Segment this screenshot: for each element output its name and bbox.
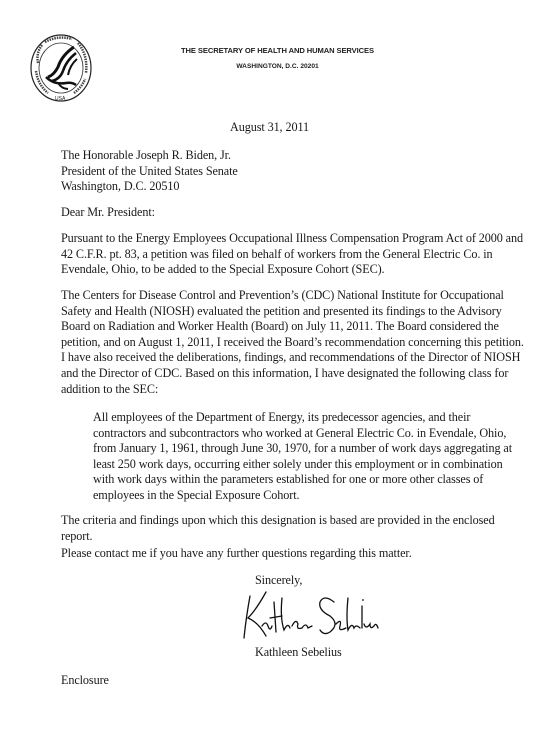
text-line: from January 1, 1961, through June 30, 1… (93, 441, 493, 457)
paragraph-criteria: The criteria and findings upon which thi… (61, 513, 501, 544)
text-line: addition to the SEC: (61, 382, 501, 398)
enclosure-note: Enclosure (61, 673, 109, 689)
letter-date-text: August 31, 2011 (230, 120, 309, 134)
text-line: Evendale, Ohio, to be added to the Speci… (61, 262, 501, 278)
letterhead-address: WASHINGTON, D.C. 20201 (0, 63, 535, 70)
paragraph-evaluation: The Centers for Disease Control and Prev… (61, 288, 501, 397)
letterhead-title: THE SECRETARY OF HEALTH AND HUMAN SERVIC… (0, 46, 535, 55)
signer-name: Kathleen Sebelius (255, 645, 342, 661)
recipient-name: The Honorable Joseph R. Biden, Jr. (61, 148, 238, 164)
recipient-city: Washington, D.C. 20510 (61, 179, 238, 195)
recipient-title: President of the United States Senate (61, 164, 238, 180)
letter-date: August 31, 2011 (0, 120, 535, 136)
paragraph-contact: Please contact me if you have any furthe… (61, 546, 501, 562)
class-definition-blockquote: All employees of the Department of Energ… (93, 410, 493, 504)
text-line: I have also received the deliberations, … (61, 350, 501, 366)
text-line: least 250 work days, occurring either so… (93, 457, 493, 473)
text-line: All employees of the Department of Energ… (93, 410, 493, 426)
text-line: with work days within the parameters est… (93, 472, 493, 488)
text-line: 42 C.F.R. pt. 83, a petition was filed o… (61, 247, 501, 263)
text-line: The criteria and findings upon which thi… (61, 513, 501, 529)
paragraph-petition: Pursuant to the Energy Employees Occupat… (61, 231, 501, 278)
text-line: employees in the Special Exposure Cohort… (93, 488, 493, 504)
closing: Sincerely, (255, 573, 302, 589)
text-line: Pursuant to the Energy Employees Occupat… (61, 231, 501, 247)
text-line: The Centers for Disease Control and Prev… (61, 288, 501, 304)
salutation: Dear Mr. President: (61, 205, 155, 221)
text-line: contractors and subcontractors who worke… (93, 426, 493, 442)
text-line: Safety and Health (NIOSH) evaluated the … (61, 304, 501, 320)
letterhead-address-text: WASHINGTON, D.C. 20201 (236, 63, 318, 70)
text-line: petition, and on August 1, 2011, I recei… (61, 335, 501, 351)
text-line: report. (61, 529, 501, 545)
letterhead-title-text: THE SECRETARY OF HEALTH AND HUMAN SERVIC… (181, 46, 374, 55)
text-line: and the Director of CDC. Based on this i… (61, 366, 501, 382)
svg-text:USA: USA (55, 96, 66, 102)
text-line: Please contact me if you have any furthe… (61, 546, 501, 562)
recipient-address: The Honorable Joseph R. Biden, Jr. Presi… (61, 148, 238, 195)
signature-icon (236, 588, 386, 644)
text-line: Board on Radiation and Worker Health (Bo… (61, 319, 501, 335)
